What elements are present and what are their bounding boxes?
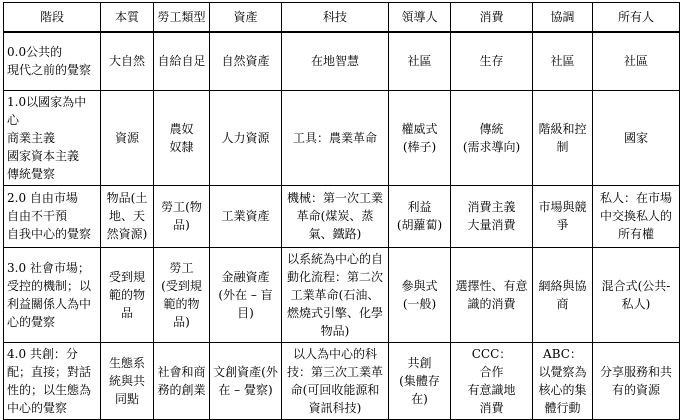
- table-row: 0.0公共的 現代之前的覺察大自然自給自足自然資產在地智慧社區生存社區社區: [4, 32, 680, 90]
- table-row: 4.0 共創：分配；直接；對話性的；以生態為中心的覺察生態系統與共同點社會和商務…: [4, 342, 680, 419]
- cell-owner: 私人：在市場中交換私人的所有權: [593, 185, 680, 247]
- cell-owner: 分享服務和共有的資源: [593, 342, 680, 419]
- cell-labor-type: 農奴 奴隸: [154, 90, 210, 185]
- header-cell-stage: 階段: [4, 3, 101, 33]
- header-cell-labor-type: 勞工類型: [154, 3, 210, 33]
- cell-consumption: 選擇性、有意識的消費: [451, 247, 533, 342]
- cell-consumption: CCC： 合作 有意識地 消費: [451, 342, 533, 419]
- header-cell-technology: 科技: [282, 3, 389, 33]
- table-row: 3.0 社會市場；受控的機制；以利益關係人為中心的覺察受到規範的物品勞工 (受到…: [4, 247, 680, 342]
- cell-consumption: 消費主義 大量消費: [451, 185, 533, 247]
- cell-leader: 社區: [389, 32, 451, 90]
- header-row: 階段本質勞工類型資產科技領導人消費協調所有人: [4, 3, 680, 33]
- cell-stage: 4.0 共創：分配；直接；對話性的；以生態為中心的覺察: [4, 342, 101, 419]
- header-cell-assets: 資產: [210, 3, 282, 33]
- cell-coordination: 網絡與協商: [533, 247, 593, 342]
- cell-labor-type: 自給自足: [154, 32, 210, 90]
- cell-leader: 參與式 (一般): [389, 247, 451, 342]
- table-row: 2.0 自由市場 自由不干預 自我中心的覺察物品(土地、天然資源)勞工(物品)工…: [4, 185, 680, 247]
- stages-comparison-table: 階段本質勞工類型資產科技領導人消費協調所有人 0.0公共的 現代之前的覺察大自然…: [3, 2, 680, 420]
- cell-coordination: 社區: [533, 32, 593, 90]
- cell-labor-type: 社會和商務的創業: [154, 342, 210, 419]
- cell-stage: 3.0 社會市場；受控的機制；以利益關係人為中心的覺察: [4, 247, 101, 342]
- cell-leader: 共創 (集體存在): [389, 342, 451, 419]
- cell-coordination: 階級和控制: [533, 90, 593, 185]
- cell-essence: 大自然: [101, 32, 154, 90]
- header-cell-consumption: 消費: [451, 3, 533, 33]
- header-cell-owner: 所有人: [593, 3, 680, 33]
- cell-consumption: 傳統 (需求導向): [451, 90, 533, 185]
- header-cell-essence: 本質: [101, 3, 154, 33]
- cell-assets: 人力資源: [210, 90, 282, 185]
- document-page: 階段本質勞工類型資產科技領導人消費協調所有人 0.0公共的 現代之前的覺察大自然…: [0, 0, 681, 373]
- cell-essence: 物品(土地、天然資源): [101, 185, 154, 247]
- cell-owner: 社區: [593, 32, 680, 90]
- cell-labor-type: 勞工 (受到規範的物品): [154, 247, 210, 342]
- cell-consumption: 生存: [451, 32, 533, 90]
- table-row: 1.0以國家為中心 商業主義 國家資本主義 傳統覺察資源農奴 奴隸人力資源工具：…: [4, 90, 680, 185]
- cell-assets: 工業資產: [210, 185, 282, 247]
- cell-owner: 混合式(公共-私人): [593, 247, 680, 342]
- table-body: 0.0公共的 現代之前的覺察大自然自給自足自然資產在地智慧社區生存社區社區1.0…: [4, 32, 680, 419]
- header-cell-leader: 領導人: [389, 3, 451, 33]
- cell-labor-type: 勞工(物品): [154, 185, 210, 247]
- cell-coordination: ABC： 以覺察為核心的集體行動: [533, 342, 593, 419]
- cell-coordination: 市場與競爭: [533, 185, 593, 247]
- cell-leader: 利益 (胡蘿蔔): [389, 185, 451, 247]
- cell-essence: 生態系統與共同點: [101, 342, 154, 419]
- cell-technology: 工具：農業革命: [282, 90, 389, 185]
- cell-assets: 自然資產: [210, 32, 282, 90]
- cell-technology: 以系統為中心的自動化流程：第二次工業革命(石油、燃燒式引擎、化學物品): [282, 247, 389, 342]
- cell-essence: 受到規範的物品: [101, 247, 154, 342]
- cell-technology: 以人為中心的科技：第三次工業革命(可回收能源和資訊科技): [282, 342, 389, 419]
- cell-essence: 資源: [101, 90, 154, 185]
- cell-leader: 權威式 (棒子): [389, 90, 451, 185]
- cell-stage: 2.0 自由市場 自由不干預 自我中心的覺察: [4, 185, 101, 247]
- cell-technology: 在地智慧: [282, 32, 389, 90]
- cell-assets: 文創資產(外在 – 覺察): [210, 342, 282, 419]
- cell-stage: 1.0以國家為中心 商業主義 國家資本主義 傳統覺察: [4, 90, 101, 185]
- header-cell-coordination: 協調: [533, 3, 593, 33]
- cell-stage: 0.0公共的 現代之前的覺察: [4, 32, 101, 90]
- cell-assets: 金融資產 (外在 – 盲目): [210, 247, 282, 342]
- cell-owner: 國家: [593, 90, 680, 185]
- cell-technology: 機械：第一次工業革命(煤炭、蒸氣、鐵路): [282, 185, 389, 247]
